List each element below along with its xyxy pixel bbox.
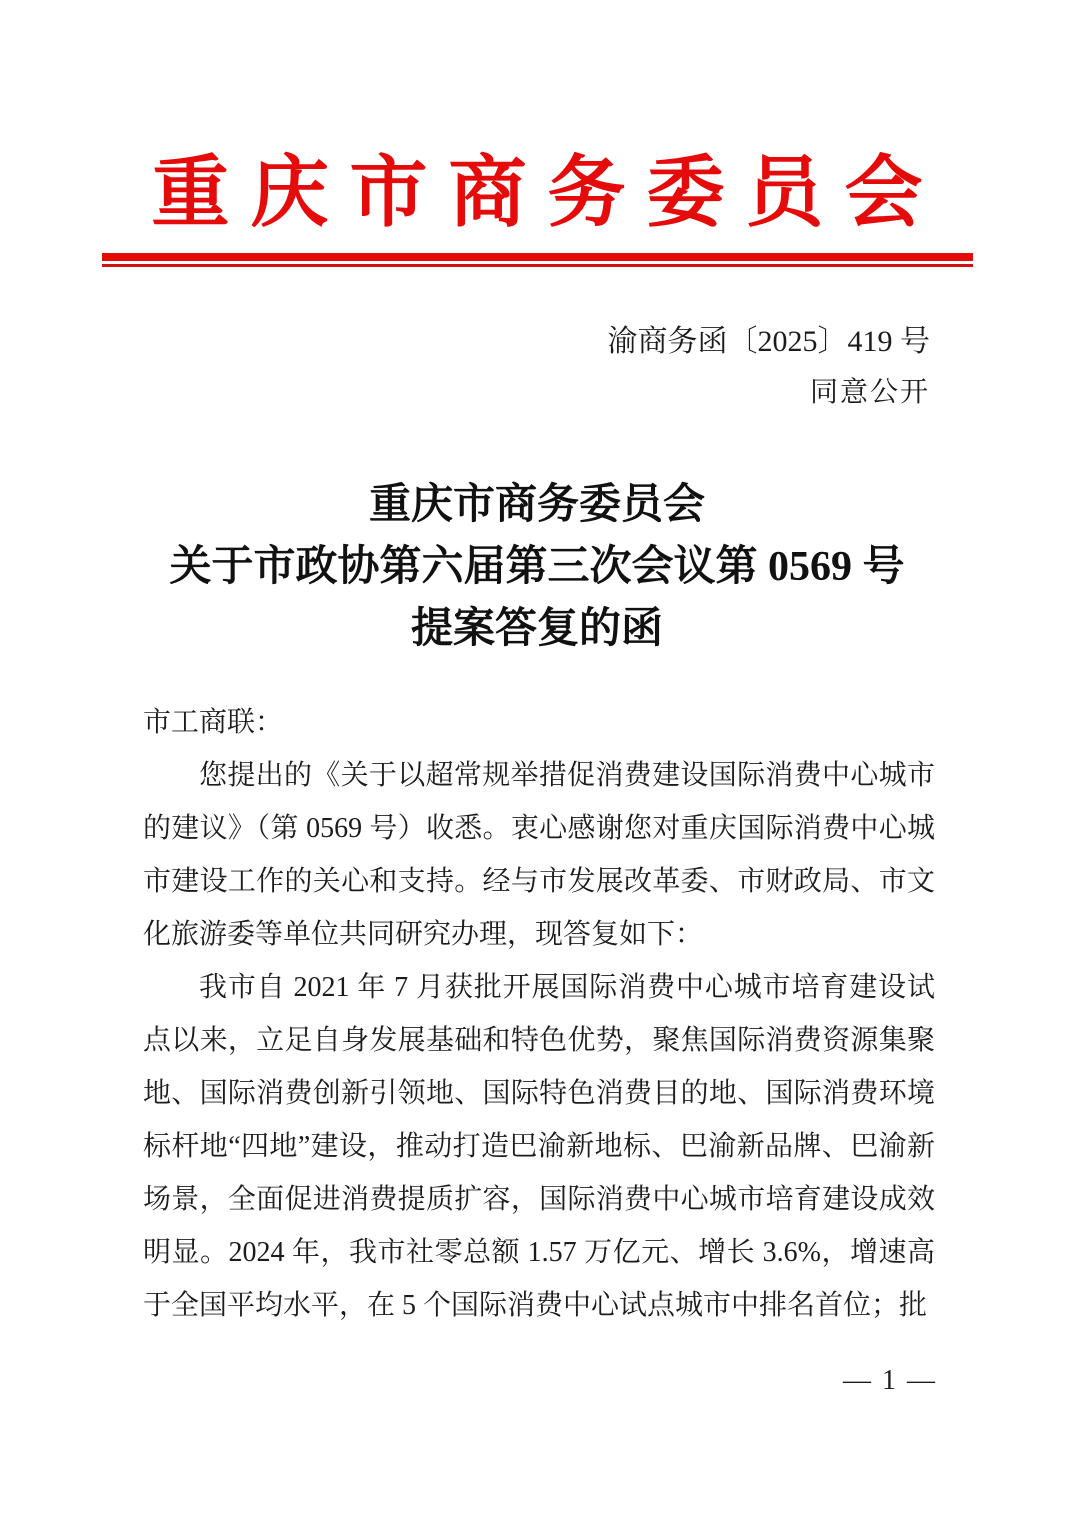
doc-title: 重庆市商务委员会 关于市政协第六届第三次会议第 0569 号 提案答复的函: [0, 474, 1074, 660]
letter-body: 市工商联： 您提出的《关于以超常规举措促消费建设国际消费中心城市的建议》（第 0…: [143, 696, 935, 1332]
page-number: — 1 —: [843, 1365, 937, 1397]
doc-title-line-3: 提案答复的函: [0, 598, 1074, 660]
body-paragraph-2: 我市自 2021 年 7 月获批开展国际消费中心城市培育建设试点以来，立足自身发…: [143, 961, 935, 1332]
letterhead-divider-thin-line: [102, 264, 973, 267]
salutation: 市工商联：: [143, 696, 935, 749]
document-page: 重庆市商务委员会 渝商务函〔2025〕419 号 同意公开 重庆市商务委员会 关…: [0, 0, 1074, 1520]
letterhead-divider: [102, 253, 973, 267]
doc-title-line-1: 重庆市商务委员会: [0, 474, 1074, 536]
body-paragraph-1: 您提出的《关于以超常规举措促消费建设国际消费中心城市的建议》（第 0569 号）…: [143, 749, 935, 961]
publicity-note: 同意公开: [608, 367, 931, 418]
doc-title-line-2: 关于市政协第六届第三次会议第 0569 号: [0, 536, 1074, 598]
letterhead-divider-thick-line: [102, 253, 973, 261]
letterhead-agency-title: 重庆市商务委员会: [0, 150, 1074, 236]
doc-number: 渝商务函〔2025〕419 号: [608, 316, 931, 367]
doc-meta-block: 渝商务函〔2025〕419 号 同意公开: [608, 316, 931, 418]
